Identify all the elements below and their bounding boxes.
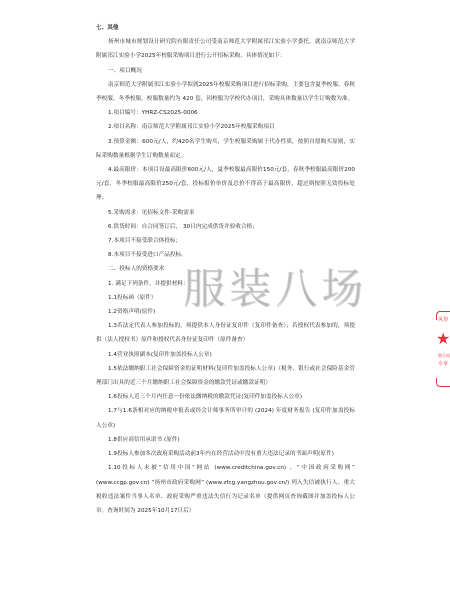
star-icon: ★ — [436, 331, 450, 347]
requirement-1-7: 1.7与1.6条相对应的纳税申报表或经会计师事务所审计的 (2024) 年度财务… — [96, 404, 355, 432]
requirement-1-2: 1.2资格声明(原件) — [96, 305, 355, 319]
requirements-intro: 1. 满足下列条件，并提供材料： — [96, 277, 355, 291]
requirement-1-3: 1.3若法定代表人参加投标的，须提供本人身份证复印件（复印件备查）；若授权代表参… — [96, 319, 355, 347]
red-seal-stamp: 风梨 ★ 鼎合同 专章 — [436, 311, 450, 387]
requirement-1-8: 1.8供应商信用承诺书 (原件) — [96, 433, 355, 447]
part1-heading: 一、项目概况 — [96, 64, 355, 78]
item-2: 2.项目名称：南京师范大学附属邗江实验小学2025年校服采购项目 — [96, 120, 355, 134]
item-3: 3.预算金额：600元/人，约420名学生购买，学生校服采购属于代办性质，按照自… — [96, 135, 355, 163]
requirement-1-10: 1.10投标人未被“信用中国”网站 (www.creditchina.gov.c… — [96, 461, 355, 518]
stamp-text-top: 风梨 — [438, 317, 448, 323]
item-1: 1.项目编号：YHRZ-CS2025-0006 — [96, 106, 355, 120]
requirement-1-9: 1.9投标人参加本次政府采购活动前3年内在经营活动中没有重大违法记录的书面声明(… — [96, 447, 355, 461]
requirement-1-5: 1.5依法缴纳职工社会保障资金的证明材料(复印件加盖投标人公章)（税务、银行或社… — [96, 362, 355, 390]
intro-paragraph: 扬州市城市规划设计研究院有限责任公司受南京师范大学附属邗江实验小学委托，就南京师… — [96, 35, 355, 63]
requirement-1-1: 1.1投标函（原件） — [96, 291, 355, 305]
item-8: 8.本项目不接受进口产品投标。 — [96, 248, 355, 262]
stamp-bracket-bottom — [436, 378, 450, 387]
document-page: 七、其他 扬州市城市规划设计研究院有限责任公司受南京师范大学附属邗江实验小学委托… — [96, 21, 355, 518]
stamp-text-middle: 鼎合同 — [438, 353, 450, 358]
overview-paragraph: 南京师范大学附属邗江实验小学拟就2025年校服采购项目进行招标采购，主要包含夏季… — [96, 78, 355, 106]
part2-heading: 二、投标人的资格要求 — [96, 262, 355, 276]
item-4: 4.最高限价：本项目设最高限价600元/人，夏季校服最高限价150元/套，春秋季… — [96, 163, 355, 206]
item-7: 7.本项目不接受联合体投标； — [96, 234, 355, 248]
item-5: 5.采购需求：见招标文件-采购需求 — [96, 206, 355, 220]
section-title: 七、其他 — [96, 21, 355, 35]
requirement-1-6: 1.6投标人近三个月内任意一份依法缴纳税的缴款凭证(复印件加盖投标人公章) — [96, 390, 355, 404]
stamp-text-bottom: 专章 — [438, 361, 448, 367]
requirement-1-4: 1.4营业执照副本(复印件加盖投标人公章) — [96, 348, 355, 362]
item-6: 6.供货时间：自合同签订后， 30日内完成供货并验收合格； — [96, 220, 355, 234]
